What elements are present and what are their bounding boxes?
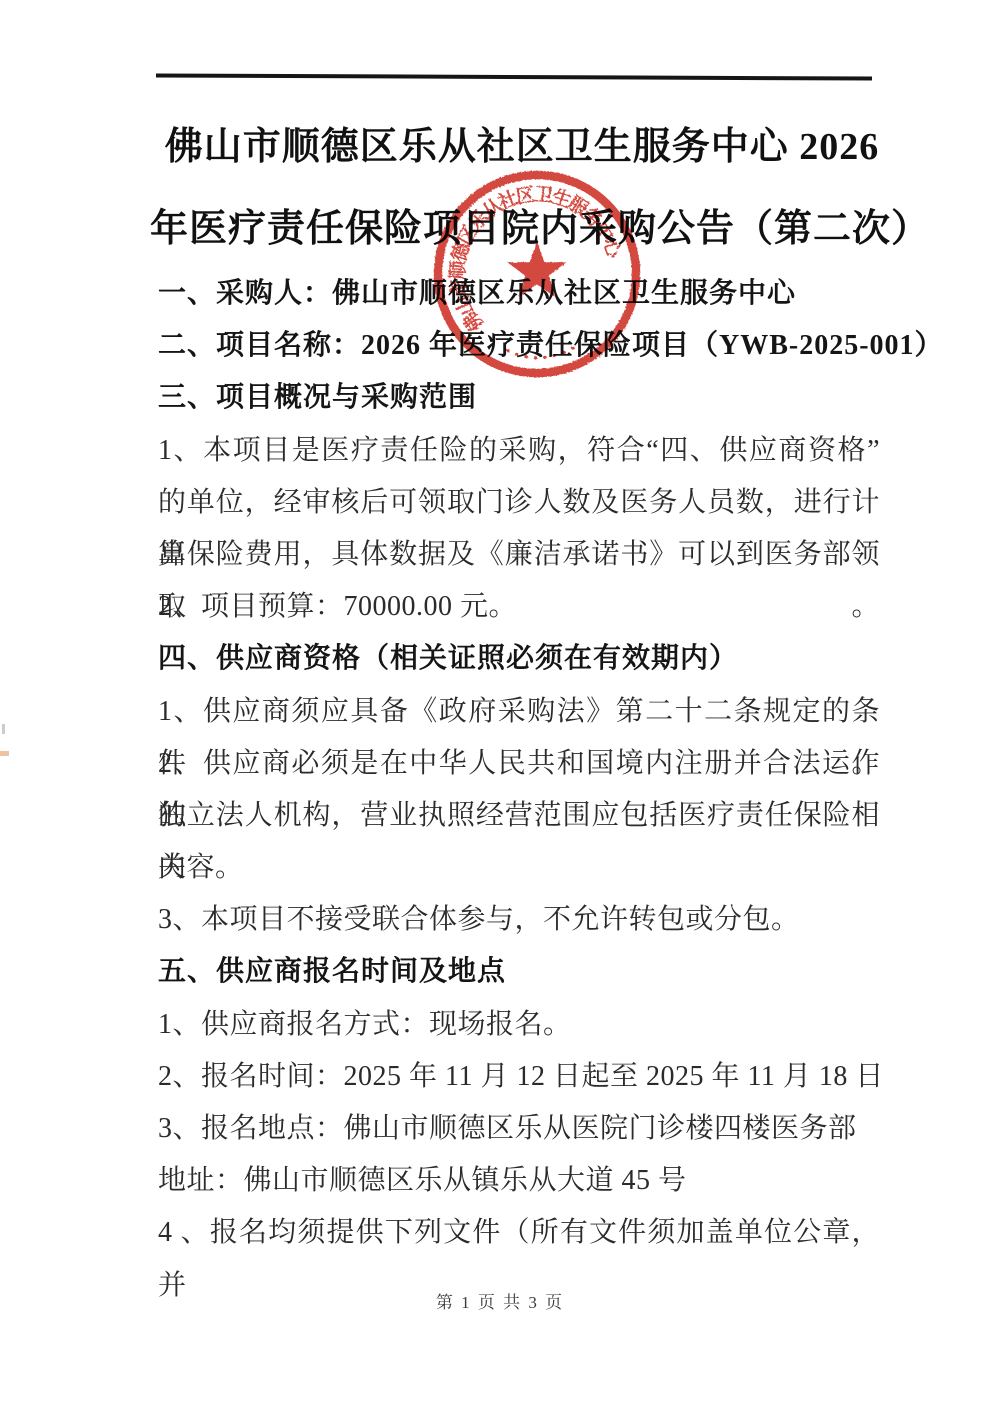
scan-speck: [0, 751, 9, 756]
body-line: 2、报名时间：2025 年 11 月 12 日起至 2025 年 11 月 18…: [158, 1051, 880, 1103]
body-line: 独立法人机构，营业执照经营范围应包括医疗责任保险相关: [158, 790, 880, 842]
body-line: 地址：佛山市顺德区乐从镇乐从大道 45 号: [158, 1155, 880, 1207]
body-line: 3、报名地点：佛山市顺德区乐从医院门诊楼四楼医务部: [158, 1103, 880, 1155]
body-line: 内容。: [158, 842, 880, 894]
red-star-icon: [508, 241, 567, 297]
body-line: 出保险费用，具体数据及《廉洁承诺书》可以到医务部领取。: [158, 529, 880, 581]
document-page: 佛山市顺德区乐从社区卫生服务中心 2026 年医疗责任保险项目院内采购公告（第二…: [0, 0, 1000, 1414]
seal-serial-marks: [506, 346, 574, 359]
body-line: 1、供应商须应具备《政府采购法》第二十二条规定的条件。: [158, 686, 880, 738]
body-line: 2、供应商必须是在中华人民共和国境内注册并合法运作的: [158, 738, 880, 790]
scan-speck: [2, 724, 5, 734]
body-line: 1、本项目是医疗责任险的采购，符合“四、供应商资格”: [158, 425, 880, 477]
top-rule: [156, 73, 872, 80]
document-body: 一、采购人：佛山市顺德区乐从社区卫生服务中心 二、项目名称：2026 年医疗责任…: [158, 268, 880, 1260]
body-line: 五、供应商报名时间及地点: [158, 946, 880, 998]
page-number: 第 1 页 共 3 页: [0, 1288, 1000, 1313]
body-line: 四、供应商资格（相关证照必须在有效期内）: [158, 633, 880, 685]
body-line: 1、供应商报名方式：现场报名。: [158, 999, 880, 1051]
body-line: 3、本项目不接受联合体参与，不允许转包或分包。: [158, 894, 880, 946]
official-seal-stamp: 佛山市顺德区乐从社区卫生服务中心: [427, 164, 647, 384]
body-line: 4 、报名均须提供下列文件（所有文件须加盖单位公章，并: [158, 1207, 880, 1259]
body-line: 的单位，经审核后可领取门诊人数及医务人员数，进行计算: [158, 477, 880, 529]
